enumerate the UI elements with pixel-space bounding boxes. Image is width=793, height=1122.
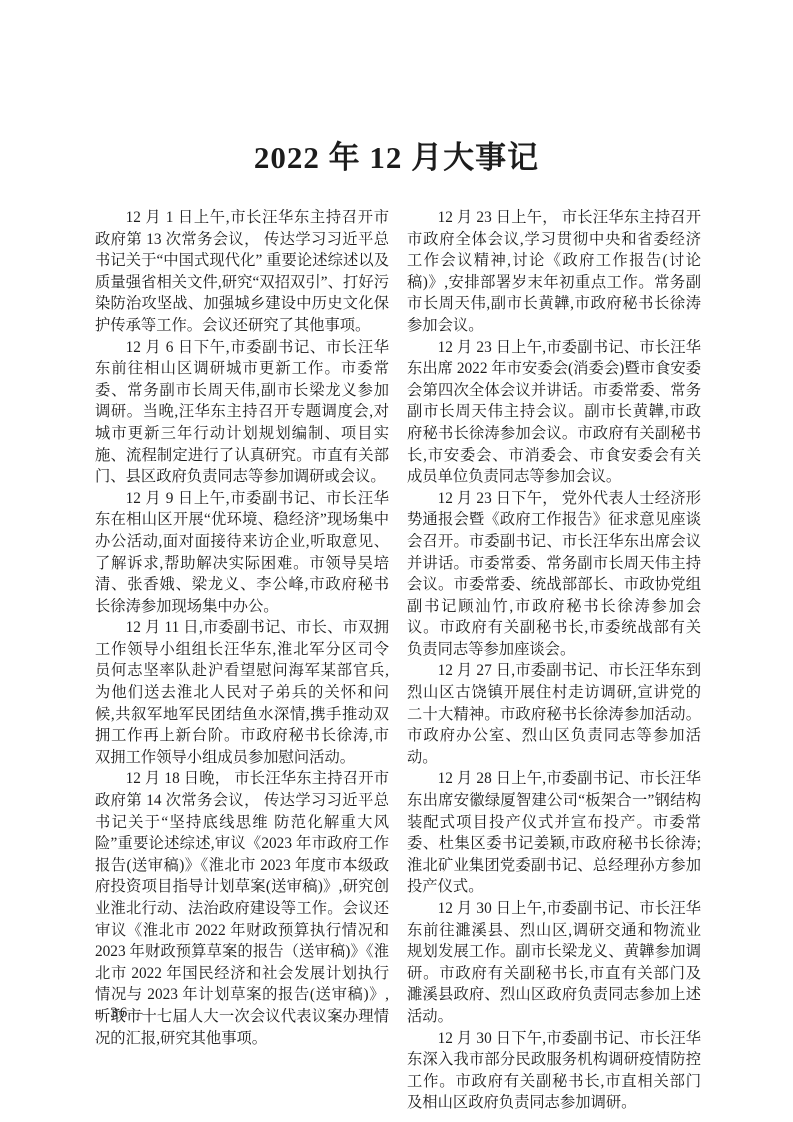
right-column: 12 月 23 日上午， 市长汪华东主持召开市政府全体会议,学习贯彻中央和省委经… <box>407 207 701 1114</box>
body-paragraph: 12 月 27 日,市委副书记、市长汪华东到烈山区古饶镇开展住村走访调研,宣讲党… <box>407 660 701 768</box>
body-paragraph: 12 月 30 日上午,市委副书记、市长汪华东前往濉溪县、烈山区,调研交通和物流… <box>407 898 701 1028</box>
text-columns: 12 月 1 日上午,市长汪华东主持召开市政府第 13 次常务会议， 传达学习习… <box>95 207 701 1114</box>
body-paragraph: 12 月 23 日上午， 市长汪华东主持召开市政府全体会议,学习贯彻中央和省委经… <box>407 207 701 337</box>
body-paragraph: 12 月 23 日下午， 党外代表人士经济形势通报会暨《政府工作报告》征求意见座… <box>407 488 701 661</box>
document-page: 2022 年 12 月大事记 12 月 1 日上午,市长汪华东主持召开市政府第 … <box>0 0 793 1122</box>
body-paragraph: 12 月 9 日上午,市委副书记、市长汪华东在相山区开展“优环境、稳经济”现场集… <box>95 488 389 618</box>
page-number: – 36 – <box>95 1005 145 1022</box>
left-column: 12 月 1 日上午,市长汪华东主持召开市政府第 13 次常务会议， 传达学习习… <box>95 207 389 1114</box>
body-paragraph: 12 月 11 日,市委副书记、市长、市双拥工作领导小组组长汪华东,淮北军分区司… <box>95 617 389 768</box>
body-paragraph: 12 月 23 日上午,市委副书记、市长汪华东出席 2022 年市安委会(消委会… <box>407 337 701 488</box>
body-paragraph: 12 月 1 日上午,市长汪华东主持召开市政府第 13 次常务会议， 传达学习习… <box>95 207 389 337</box>
page-title: 2022 年 12 月大事记 <box>0 132 793 177</box>
body-paragraph: 12 月 28 日上午,市委副书记、市长汪华东出席安徽绿厦智建公司“板架合一”钢… <box>407 768 701 898</box>
body-paragraph: 12 月 6 日下午,市委副书记、市长汪华东前往相山区调研城市更新工作。市委常委… <box>95 337 389 488</box>
body-paragraph: 12 月 30 日下午,市委副书记、市长汪华东深入我市部分民政服务机构调研疫情防… <box>407 1028 701 1114</box>
